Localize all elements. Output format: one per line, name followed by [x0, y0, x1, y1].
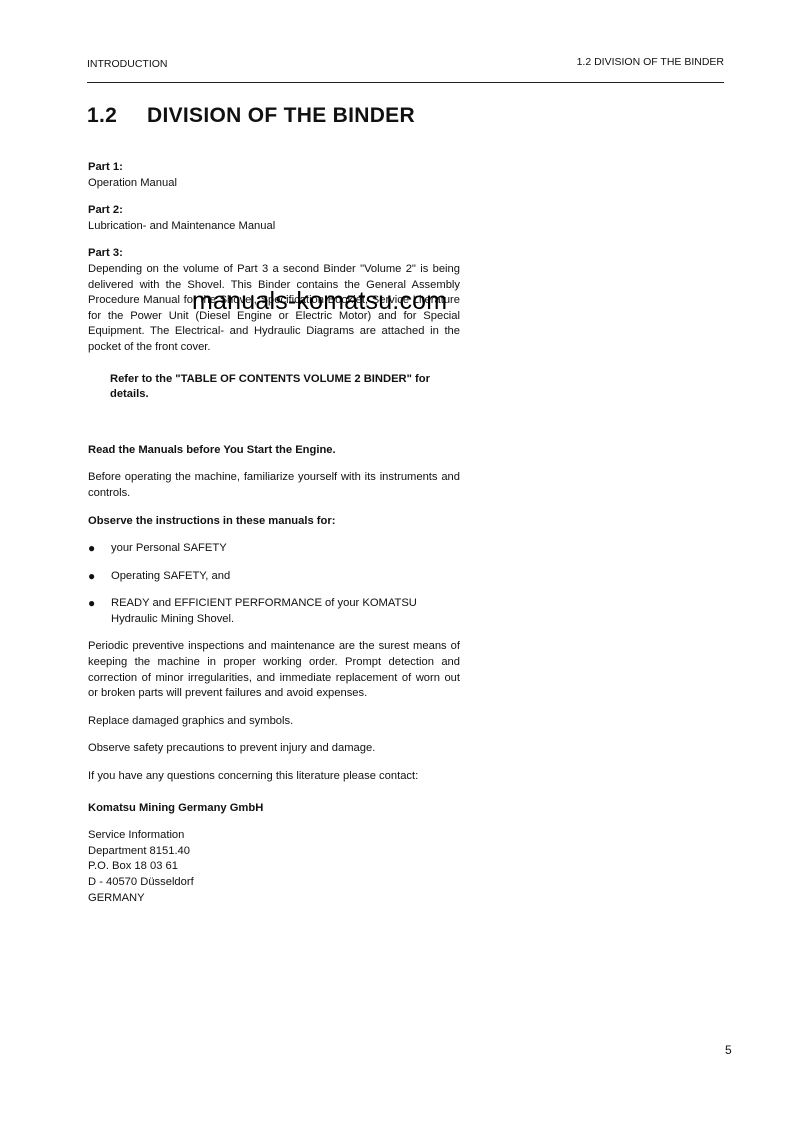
page-number: 5	[725, 1043, 732, 1057]
observe-heading: Observe the instructions in these manual…	[88, 514, 460, 530]
page-body: Part 1: Operation Manual Part 2: Lubrica…	[88, 160, 460, 906]
refer-note: Refer to the "TABLE OF CONTENTS VOLUME 2…	[88, 372, 460, 403]
page-title: 1.2DIVISION OF THE BINDER	[87, 104, 415, 128]
address-line: Service Information	[88, 828, 460, 844]
bullet-icon: ●	[88, 569, 111, 585]
bullet-icon: ●	[88, 541, 111, 557]
address-line: Department 8151.40	[88, 844, 460, 860]
section-title: DIVISION OF THE BINDER	[147, 104, 415, 127]
safety-precautions-text: Observe safety precautions to prevent in…	[88, 741, 460, 757]
bullet-icon: ●	[88, 596, 111, 612]
list-item: ● READY and EFFICIENT PERFORMANCE of you…	[88, 596, 460, 627]
maintenance-paragraph: Periodic preventive inspections and main…	[88, 639, 460, 701]
part-3-label: Part 3:	[88, 246, 460, 262]
part-2-text: Lubrication- and Maintenance Manual	[88, 219, 460, 235]
list-item: ● Operating SAFETY, and	[88, 569, 460, 585]
part-1-label: Part 1:	[88, 160, 460, 176]
running-header-left: INTRODUCTION	[87, 58, 168, 70]
section-number: 1.2	[87, 104, 147, 128]
company-name: Komatsu Mining Germany GmbH	[88, 801, 460, 817]
list-item: ● your Personal SAFETY	[88, 541, 460, 557]
watermark: manuals-komatsu.com	[192, 287, 447, 316]
familiarize-text: Before operating the machine, familiariz…	[88, 470, 460, 501]
replace-graphics-text: Replace damaged graphics and symbols.	[88, 714, 460, 730]
address-line: D - 40570 Düsseldorf	[88, 875, 460, 891]
running-header-right: 1.2 DIVISION OF THE BINDER	[577, 56, 724, 68]
part-2-label: Part 2:	[88, 203, 460, 219]
read-manuals-heading: Read the Manuals before You Start the En…	[88, 443, 460, 459]
address-line: GERMANY	[88, 891, 460, 907]
header-divider	[87, 82, 724, 83]
part-1-text: Operation Manual	[88, 176, 460, 192]
contact-intro-text: If you have any questions concerning thi…	[88, 769, 460, 785]
address-line: P.O. Box 18 03 61	[88, 859, 460, 875]
